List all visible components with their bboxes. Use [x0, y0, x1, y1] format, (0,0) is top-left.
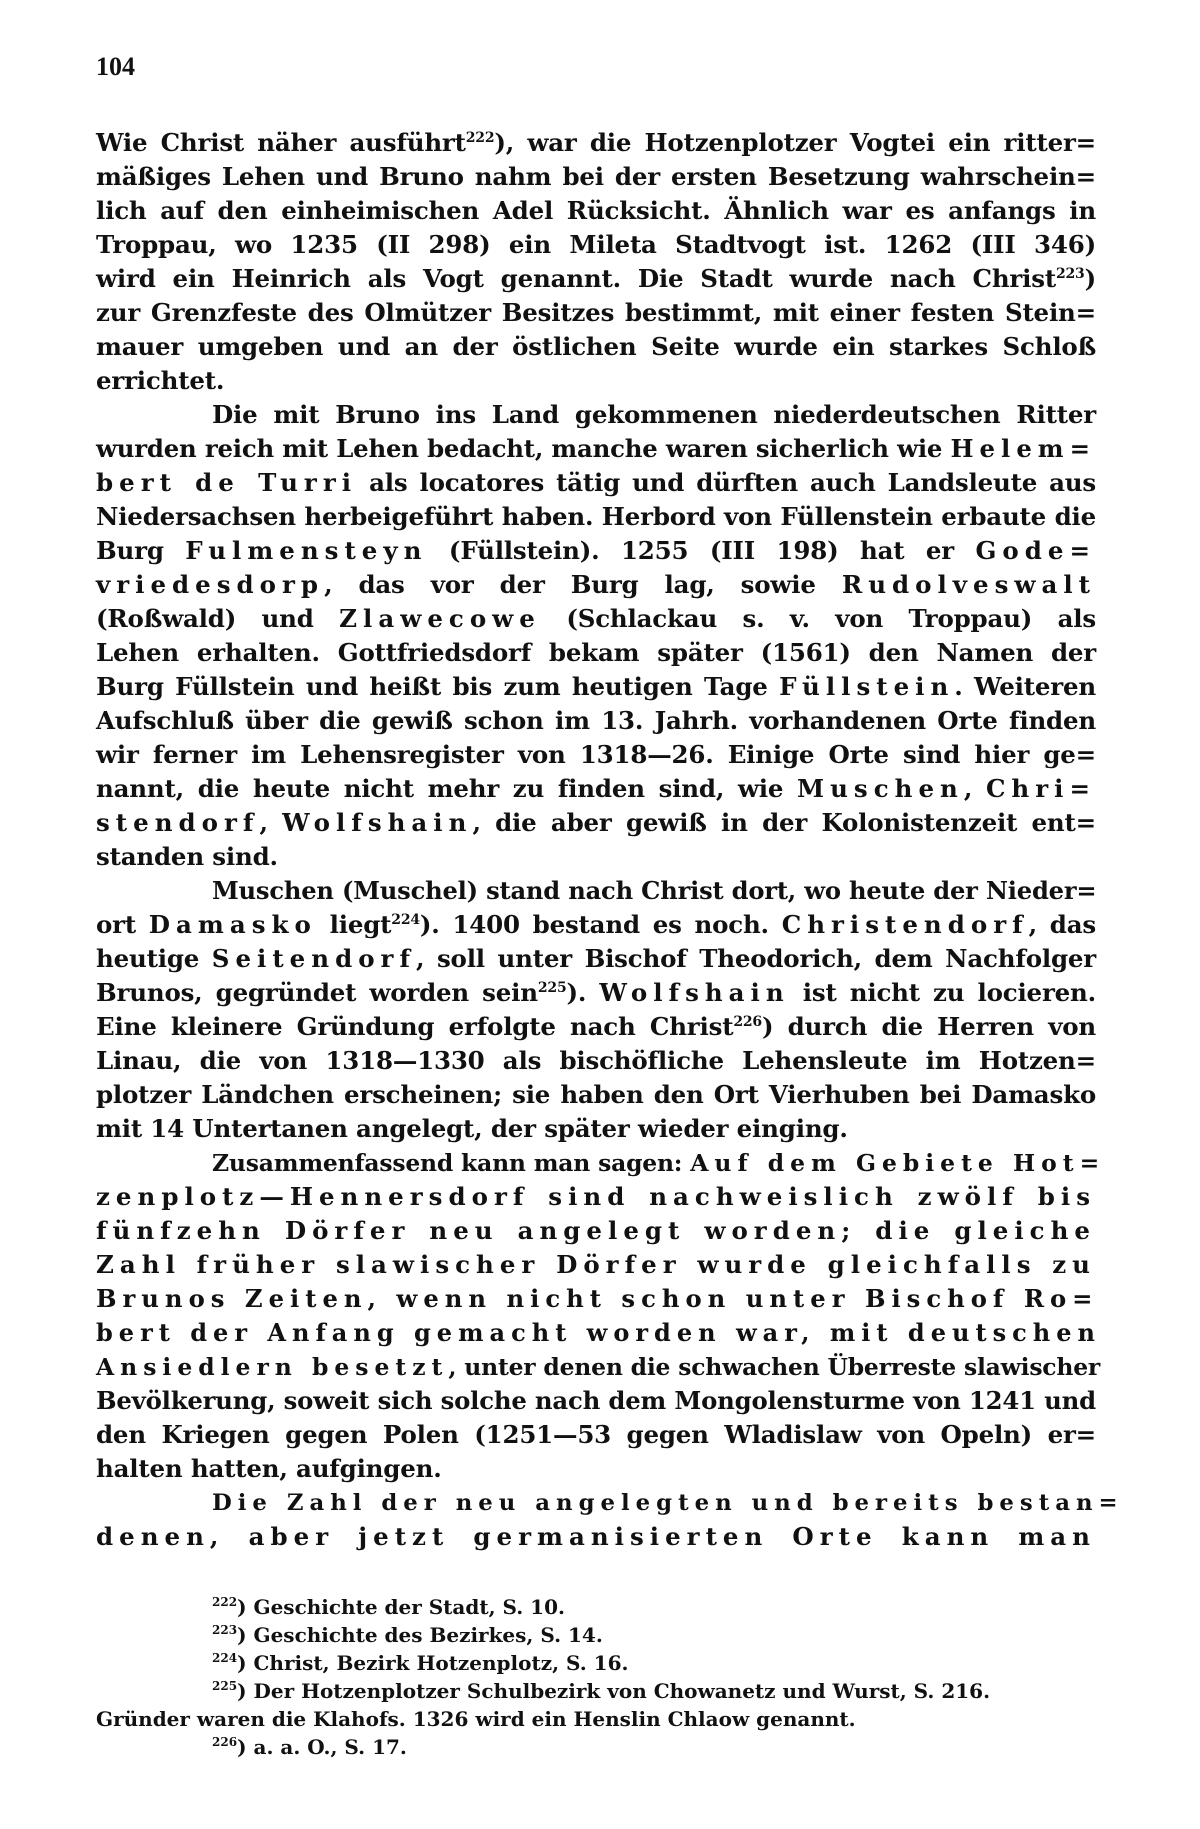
footnote-paren: ) [237, 1623, 253, 1647]
footnote-text: Christ, Bezirk Hotzenplotz, S. 16. [254, 1651, 629, 1675]
text-run: halten hatten, aufgingen. [96, 1454, 442, 1483]
text-line: den Kriegen gegen Polen (1251—53 gegen W… [96, 1418, 1096, 1452]
emphasized-text: Wolfshain [282, 808, 472, 837]
text-line: Burg Fulmensteyn (Füllstein). 1255 (III … [96, 534, 1096, 568]
text-run: , soll unter Bischof Theodorich, dem Nac… [416, 944, 1096, 973]
emphasized-text: Die Zahl der neu angelegten und bereits … [212, 1490, 1124, 1516]
footnote-number: 222 [212, 1595, 237, 1609]
text-line: errichtet. [96, 364, 1096, 398]
emphasized-text: Fulmensteyn [185, 536, 427, 565]
text-run: (Füllstein). 1255 (III 198) hat er [427, 536, 975, 565]
text-line: mit 14 Untertanen angelegt, der später w… [96, 1112, 1096, 1146]
text-run: Burg [96, 536, 185, 565]
footnote-paren: ) [237, 1595, 253, 1619]
text-run: , [964, 774, 986, 803]
page-number: 104 [96, 52, 135, 82]
text-line: Linau, die von 1318—1330 als bischöflich… [96, 1044, 1096, 1078]
text-line: fünfzehn Dörfer neu angelegt worden; die… [96, 1214, 1096, 1248]
emphasized-text: Brunos Zeiten, wenn nicht schon unter Bi… [96, 1284, 1099, 1313]
text-run: zur Grenzfeste des Olmützer Besitzes bes… [96, 298, 1096, 327]
text-line: Ansiedlern besetzt, unter denen die schw… [96, 1350, 1096, 1384]
text-run: Troppau, wo 1235 (II 298) ein Mileta Sta… [96, 230, 1096, 259]
footnote-text: a. a. O., S. 17. [254, 1735, 407, 1759]
text-line: Die mit Bruno ins Land gekommenen nieder… [96, 398, 1096, 432]
footnote-reference[interactable]: 226 [733, 1014, 762, 1030]
text-run: Eine kleinere Gründung erfolgte nach Chr… [96, 1012, 733, 1041]
emphasized-text: Auf dem Gebiete Hot= [690, 1149, 1105, 1177]
text-line: Niedersachsen herbeigeführt haben. Herbo… [96, 500, 1096, 534]
text-run: Die mit Bruno ins Land gekommenen nieder… [212, 400, 1096, 429]
text-line: standen sind. [96, 840, 1096, 874]
text-run: , das [1029, 910, 1096, 939]
text-run: heutige [96, 944, 212, 973]
text-run: Niedersachsen herbeigeführt haben. Herbo… [96, 502, 1096, 531]
footnote-number: 226 [212, 1735, 237, 1749]
text-line: Aufschluß über die gewiß schon im 13. Ja… [96, 704, 1096, 738]
text-line: lich auf den einheimischen Adel Rücksich… [96, 194, 1096, 228]
text-run: liegt [317, 910, 391, 939]
footnote-paren: ) [237, 1651, 253, 1675]
emphasized-text: denen, aber jetzt germanisierten Orte ka… [96, 1522, 1096, 1551]
text-run: (Schlackau s. v. von Troppau) als [541, 604, 1096, 633]
text-run: Aufschluß über die gewiß schon im 13. Ja… [96, 706, 1096, 735]
emphasized-text: Füllstein [779, 672, 954, 701]
footnote-number: 223 [212, 1623, 237, 1637]
footnote-number: 224 [212, 1651, 237, 1665]
emphasized-text: Christendorf [782, 910, 1029, 939]
text-line: plotzer Ländchen erscheinen; sie haben d… [96, 1078, 1096, 1112]
text-run: nannt, die heute nicht mehr zu finden si… [96, 774, 797, 803]
text-run: wurden reich mit Lehen bedacht, manche w… [96, 434, 951, 463]
text-line: wir ferner im Lehensregister von 1318—26… [96, 738, 1096, 772]
emphasized-text: zenplotz—Hennersdorf sind nachweislich z… [96, 1182, 1096, 1211]
text-run: , unter denen die schwachen Überreste sl… [448, 1353, 1100, 1381]
footnote-text: Geschichte der Stadt, S. 10. [254, 1595, 565, 1619]
footnote-text: Der Hotzenplotzer Schulbezirk von Chowan… [254, 1679, 991, 1703]
text-line: Bevölkerung, soweit sich solche nach dem… [96, 1384, 1096, 1418]
text-run: standen sind. [96, 842, 278, 871]
text-line: Lehen erhalten. Gottfriedsdorf bekam spä… [96, 636, 1096, 670]
emphasized-text: Rudolveswalt [842, 570, 1096, 599]
text-line: stendorf, Wolfshain, die aber gewiß in d… [96, 806, 1096, 840]
text-run: errichtet. [96, 366, 224, 395]
text-run: plotzer Ländchen erscheinen; sie haben d… [96, 1080, 1096, 1109]
text-line: wurden reich mit Lehen bedacht, manche w… [96, 432, 1096, 466]
text-run: Brunos, gegründet worden sein [96, 978, 538, 1007]
text-run: ), war die Hotzenplotzer Vogtei ein ritt… [494, 128, 1096, 157]
footnote: 226) a. a. O., S. 17. [96, 1733, 1096, 1761]
text-run: wird ein Heinrich als Vogt genannt. Die … [96, 264, 1056, 293]
footnote: 223) Geschichte des Bezirkes, S. 14. [96, 1621, 1096, 1649]
text-line: mauer umgeben und an der östlichen Seite… [96, 330, 1096, 364]
text-line: Burg Füllstein und heißt bis zum heutige… [96, 670, 1096, 704]
text-line: Wie Christ näher ausführt222), war die H… [96, 126, 1096, 160]
footnote: 222) Geschichte der Stadt, S. 10. [96, 1593, 1096, 1621]
footnote: 225) Der Hotzenplotzer Schulbezirk von C… [96, 1677, 1096, 1705]
text-run: Zusammenfassend kann man sagen: [212, 1149, 690, 1177]
text-run: Lehen erhalten. Gottfriedsdorf bekam spä… [96, 638, 1096, 667]
text-run: lich auf den einheimischen Adel Rücksich… [96, 196, 1096, 225]
text-run: wir ferner im Lehensregister von 1318—26… [96, 740, 1096, 769]
footnote-paren: ) [237, 1735, 253, 1759]
emphasized-text: Zlawecowe [339, 604, 541, 633]
text-run: Bevölkerung, soweit sich solche nach dem… [96, 1386, 1096, 1415]
emphasized-text: fünfzehn Dörfer neu angelegt worden; die… [96, 1216, 1096, 1245]
text-run: Wie Christ näher ausführt [96, 128, 466, 157]
text-line: bert de Turri als locatores tätig und dü… [96, 466, 1096, 500]
text-run: , [259, 808, 282, 837]
emphasized-text: Helem= [951, 434, 1096, 463]
footnote-paren: ) [237, 1679, 253, 1703]
text-line: Zahl früher slawischer Dörfer wurde glei… [96, 1248, 1096, 1282]
emphasized-text: Muschen [797, 774, 964, 803]
emphasized-text: Wolfshain [599, 978, 789, 1007]
emphasized-text: Gode= [975, 536, 1096, 565]
text-run: , das vor der Burg lag, sowie [324, 570, 842, 599]
text-run: Burg Füllstein und heißt bis zum heutige… [96, 672, 779, 701]
footnote-reference[interactable]: 224 [391, 912, 420, 928]
emphasized-text: stendorf [96, 808, 259, 837]
text-run: ) [1085, 264, 1096, 293]
text-run: Muschen (Muschel) stand nach Christ dort… [212, 876, 1096, 905]
footnote-reference[interactable]: 222 [466, 130, 495, 146]
text-run: mäßiges Lehen und Bruno nahm bei der ers… [96, 162, 1096, 191]
text-line: wird ein Heinrich als Vogt genannt. Die … [96, 262, 1096, 296]
emphasized-text: Damasko [149, 910, 317, 939]
emphasized-text: Ansiedlern besetzt [96, 1353, 448, 1381]
footnote-continuation: Gründer waren die Klahofs. 1326 wird ein… [96, 1705, 1096, 1733]
text-line: (Roßwald) und Zlawecowe (Schlackau s. v.… [96, 602, 1096, 636]
emphasized-text: bert der Anfang gemacht worden war, mit … [96, 1318, 1101, 1347]
text-line: zur Grenzfeste des Olmützer Besitzes bes… [96, 296, 1096, 330]
text-line: mäßiges Lehen und Bruno nahm bei der ers… [96, 160, 1096, 194]
footnote: 224) Christ, Bezirk Hotzenplotz, S. 16. [96, 1649, 1096, 1677]
emphasized-text: Seitendorf [212, 944, 416, 973]
text-line: Brunos, gegründet worden sein225). Wolfs… [96, 976, 1096, 1010]
text-line: Muschen (Muschel) stand nach Christ dort… [96, 874, 1096, 908]
text-line: Die Zahl der neu angelegten und bereits … [96, 1486, 1096, 1520]
text-run: den Kriegen gegen Polen (1251—53 gegen W… [96, 1420, 1096, 1449]
emphasized-text: vriedesdorp [96, 570, 324, 599]
footnote-reference[interactable]: 223 [1056, 266, 1085, 282]
body-text: Wie Christ näher ausführt222), war die H… [96, 126, 1096, 1554]
text-run: mit 14 Untertanen angelegt, der später w… [96, 1114, 848, 1143]
text-line: Brunos Zeiten, wenn nicht schon unter Bi… [96, 1282, 1096, 1316]
text-run: . Weiteren [954, 672, 1096, 701]
footnotes: 222) Geschichte der Stadt, S. 10.223) Ge… [96, 1593, 1096, 1761]
text-run: mauer umgeben und an der östlichen Seite… [96, 332, 1096, 361]
text-run: ) durch die Herren von [762, 1012, 1096, 1041]
text-run: ). [567, 978, 600, 1007]
emphasized-text: Chri= [986, 774, 1096, 803]
text-line: Zusammenfassend kann man sagen: Auf dem … [96, 1146, 1096, 1180]
text-run: , die aber gewiß in der Kolonistenzeit e… [472, 808, 1096, 837]
footnote-text: Geschichte des Bezirkes, S. 14. [254, 1623, 603, 1647]
text-line: halten hatten, aufgingen. [96, 1452, 1096, 1486]
emphasized-text: Zahl früher slawischer Dörfer wurde glei… [96, 1250, 1096, 1279]
text-run: ist nicht zu locieren. [790, 978, 1096, 1007]
text-run: (Roßwald) und [96, 604, 339, 633]
text-line: bert der Anfang gemacht worden war, mit … [96, 1316, 1096, 1350]
text-line: Eine kleinere Gründung erfolgte nach Chr… [96, 1010, 1096, 1044]
text-run: ). 1400 bestand es noch. [420, 910, 782, 939]
text-line: ort Damasko liegt224). 1400 bestand es n… [96, 908, 1096, 942]
text-line: Troppau, wo 1235 (II 298) ein Mileta Sta… [96, 228, 1096, 262]
text-line: denen, aber jetzt germanisierten Orte ka… [96, 1520, 1096, 1554]
emphasized-text: bert de Turri [96, 468, 357, 497]
footnote-number: 225 [212, 1679, 237, 1693]
footnote-reference[interactable]: 225 [538, 980, 567, 996]
text-run: als locatores tätig und dürften auch Lan… [357, 468, 1096, 497]
text-line: zenplotz—Hennersdorf sind nachweislich z… [96, 1180, 1096, 1214]
text-run: Linau, die von 1318—1330 als bischöflich… [96, 1046, 1096, 1075]
text-run: ort [96, 910, 149, 939]
footnote-text: Gründer waren die Klahofs. 1326 wird ein… [96, 1707, 856, 1731]
text-line: vriedesdorp, das vor der Burg lag, sowie… [96, 568, 1096, 602]
text-line: nannt, die heute nicht mehr zu finden si… [96, 772, 1096, 806]
text-line: heutige Seitendorf, soll unter Bischof T… [96, 942, 1096, 976]
